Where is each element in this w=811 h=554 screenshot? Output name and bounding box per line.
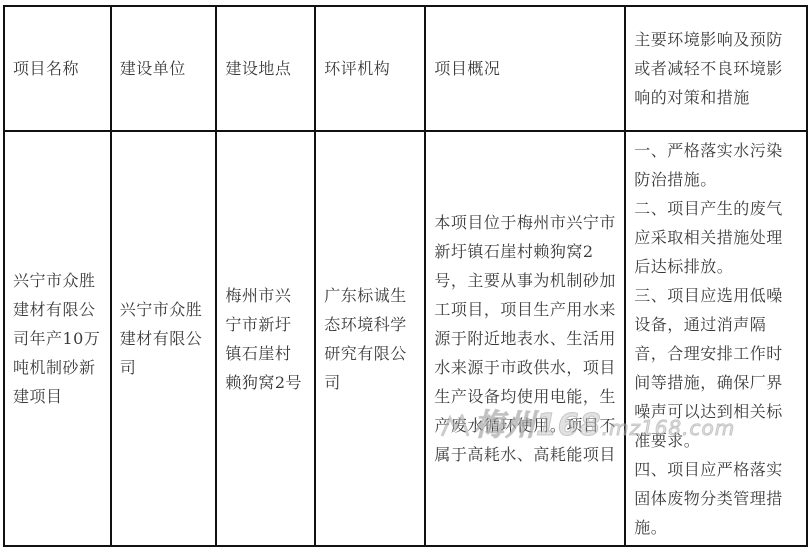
table-header-row: 项目名称 建设单位 建设地点 环评机构 项目概况 主要环境影响及预防或者减轻不良… bbox=[4, 6, 807, 131]
header-measures: 主要环境影响及预防或者减轻不良环境影响的对策和措施 bbox=[625, 6, 807, 131]
header-project-name: 项目名称 bbox=[4, 6, 111, 131]
header-builder: 建设单位 bbox=[111, 6, 217, 131]
table-row: 兴宁市众胜建材有限公司年产10万吨机制砂新建项目 兴宁市众胜建材有限公司 梅州市… bbox=[4, 131, 807, 546]
cell-eia-agency: 广东标诚生态环境科学研究有限公司 bbox=[315, 131, 425, 546]
cell-location: 梅州市兴宁市新圩镇石崖村赖狗窝2号 bbox=[216, 131, 315, 546]
project-info-table: 项目名称 建设单位 建设地点 环评机构 项目概况 主要环境影响及预防或者减轻不良… bbox=[3, 5, 808, 547]
measure-item: 四、项目应严格落实固体废物分类管理措施。 bbox=[634, 455, 798, 542]
header-overview: 项目概况 bbox=[425, 6, 625, 131]
header-location: 建设地点 bbox=[216, 6, 315, 131]
cell-measures: 一、严格落实水污染防治措施。 二、项目产生的废气应采取相关措施处理后达标排放。 … bbox=[625, 131, 807, 546]
header-eia-agency: 环评机构 bbox=[315, 6, 425, 131]
measure-item: 一、严格落实水污染防治措施。 bbox=[634, 136, 798, 194]
cell-project-name: 兴宁市众胜建材有限公司年产10万吨机制砂新建项目 bbox=[4, 131, 111, 546]
measure-item: 三、项目应选用低噪设备，通过消声隔音，合理安排工作时间等措施，确保厂界噪声可以达… bbox=[634, 281, 798, 455]
cell-overview: 本项目位于梅州市兴宁市新圩镇石崖村赖狗窝2号，主要从事为机制砂加工项目，项目生产… bbox=[425, 131, 625, 546]
measure-item: 二、项目产生的废气应采取相关措施处理后达标排放。 bbox=[634, 194, 798, 281]
cell-builder: 兴宁市众胜建材有限公司 bbox=[111, 131, 217, 546]
